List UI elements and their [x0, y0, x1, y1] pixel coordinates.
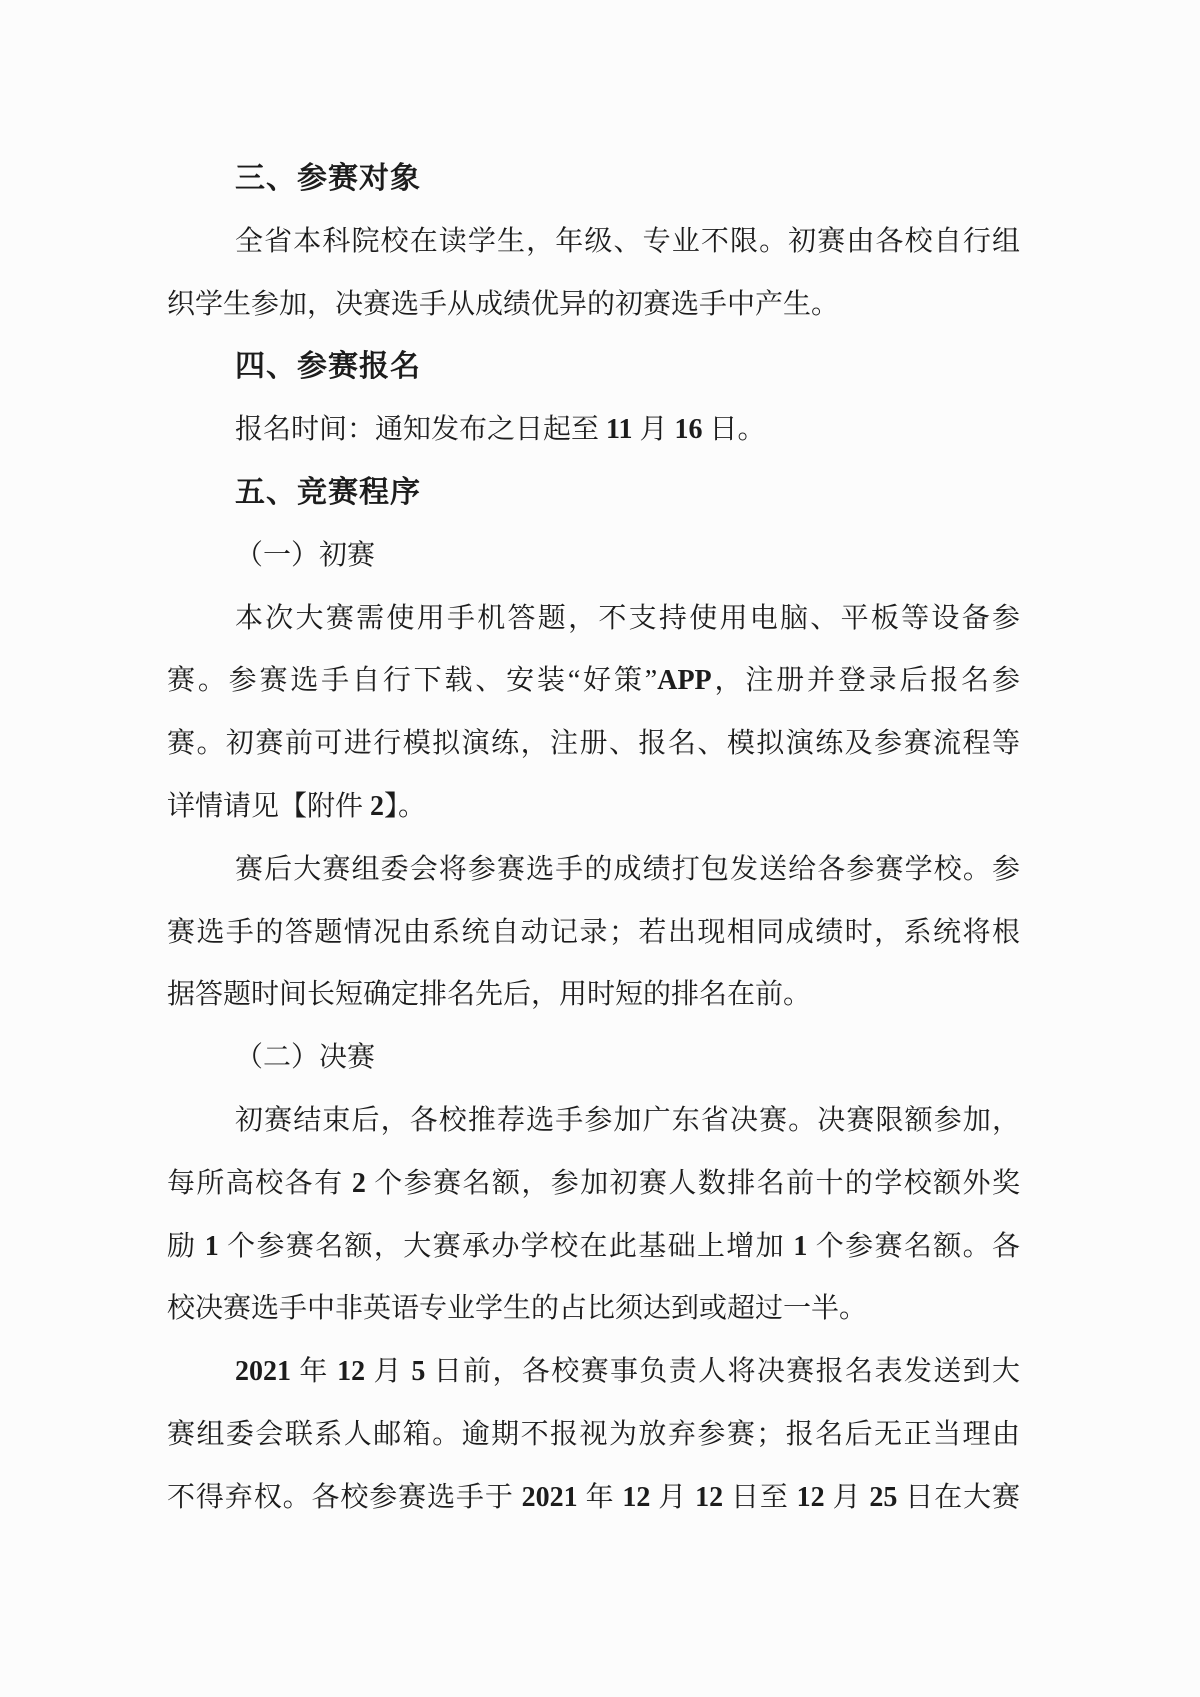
latin-number: 2 — [370, 791, 384, 822]
text-line: 不得弃权。各校参赛选手于 2021 年 12 月 12 日至 12 月 25 日… — [167, 1467, 1020, 1530]
section-heading: 五、竞赛程序 — [167, 462, 1020, 525]
latin-number: 1 — [793, 1231, 807, 1262]
text-line: 校决赛选手中非英语专业学生的占比须达到或超过一半。 — [167, 1278, 1020, 1341]
latin-number: 12 — [622, 1482, 650, 1513]
latin-number: 25 — [869, 1482, 897, 1513]
text-line: 织学生参加，决赛选手从成绩优异的初赛选手中产生。 — [167, 274, 1020, 337]
text-line: 赛组委会联系人邮箱。逾期不报视为放弃参赛；报名后无正当理由 — [167, 1404, 1020, 1467]
text-line: 2021 年 12 月 5 日前，各校赛事负责人将决赛报名表发送到大 — [167, 1341, 1020, 1404]
document-text-block: 三、参赛对象全省本科院校在读学生，年级、专业不限。初赛由各校自行组织学生参加，决… — [167, 148, 1020, 1530]
latin-number: 2021 — [522, 1482, 578, 1513]
latin-number: 12 — [797, 1482, 825, 1513]
text-line: 赛。初赛前可进行模拟演练，注册、报名、模拟演练及参赛流程等 — [167, 713, 1020, 776]
latin-number: 5 — [411, 1356, 425, 1387]
text-line: 初赛结束后，各校推荐选手参加广东省决赛。决赛限额参加， — [167, 1090, 1020, 1153]
text-line: 赛。参赛选手自行下载、安装“好策”APP，注册并登录后报名参 — [167, 650, 1020, 713]
text-line: 本次大赛需使用手机答题，不支持使用电脑、平板等设备参 — [167, 588, 1020, 651]
text-line: 全省本科院校在读学生，年级、专业不限。初赛由各校自行组 — [167, 211, 1020, 274]
text-line: 每所高校各有 2 个参赛名额，参加初赛人数排名前十的学校额外奖 — [167, 1153, 1020, 1216]
latin-number: 2021 — [235, 1356, 291, 1387]
text-line: 励 1 个参赛名额，大赛承办学校在此基础上增加 1 个参赛名额。各 — [167, 1216, 1020, 1279]
text-line: （二）决赛 — [167, 1027, 1020, 1090]
latin-number: 1 — [205, 1231, 219, 1262]
document-page: 三、参赛对象全省本科院校在读学生，年级、专业不限。初赛由各校自行组织学生参加，决… — [0, 0, 1200, 1697]
latin-number: 12 — [337, 1356, 365, 1387]
latin-number: APP — [657, 665, 711, 696]
section-heading: 四、参赛报名 — [167, 336, 1020, 399]
latin-number: 11 — [606, 414, 632, 445]
latin-number: 12 — [695, 1482, 723, 1513]
text-line: 赛选手的答题情况由系统自动记录；若出现相同成绩时，系统将根 — [167, 902, 1020, 965]
latin-number: 2 — [352, 1168, 366, 1199]
text-line: 报名时间：通知发布之日起至 11 月 16 日。 — [167, 399, 1020, 462]
text-line: （一）初赛 — [167, 525, 1020, 588]
text-line: 详情请见【附件 2】。 — [167, 776, 1020, 839]
text-line: 赛后大赛组委会将参赛选手的成绩打包发送给各参赛学校。参 — [167, 839, 1020, 902]
text-line: 据答题时间长短确定排名先后，用时短的排名在前。 — [167, 964, 1020, 1027]
section-heading: 三、参赛对象 — [167, 148, 1020, 211]
latin-number: 16 — [675, 414, 703, 445]
